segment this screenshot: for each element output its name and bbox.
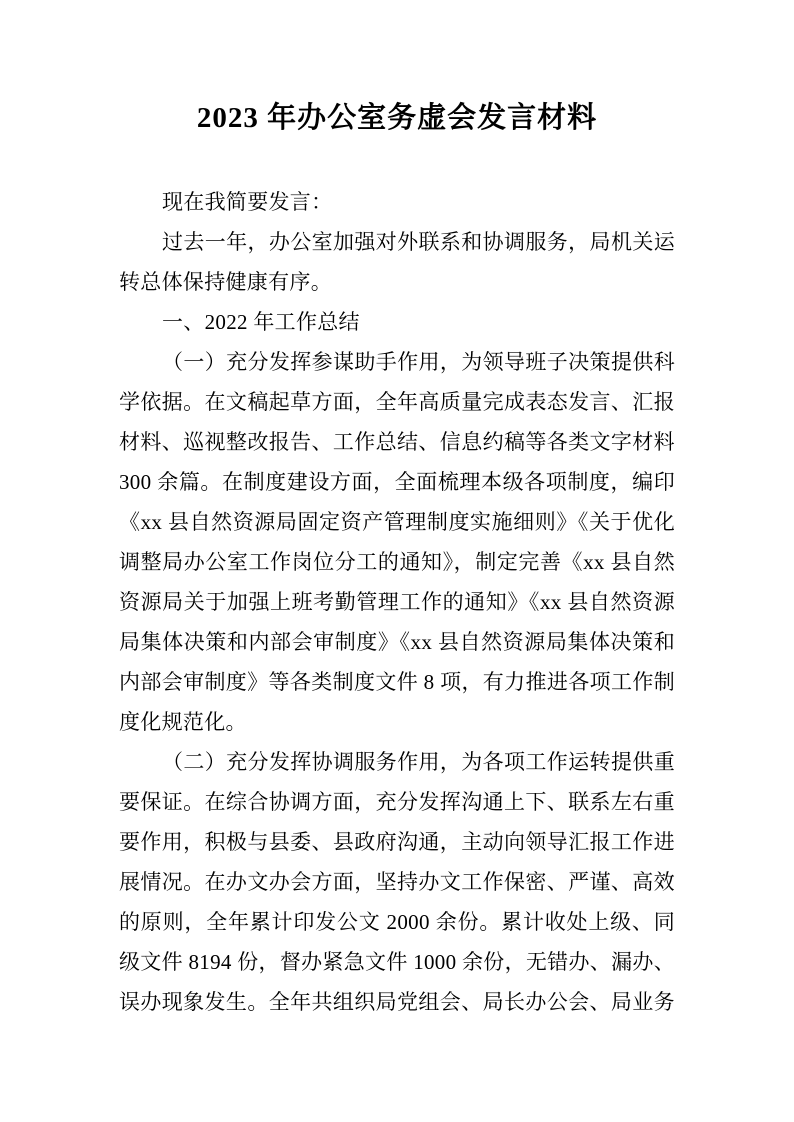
text-line: 内部会审制度》等各类制度文件 8 项，有力推进各项工作制 [119, 662, 675, 702]
document-content: 2023 年办公室务虚会发言材料 现在我简要发言：过去一年，办公室加强对外联系和… [119, 96, 675, 1022]
text-line: 学依据。在文稿起草方面，全年高质量完成表态发言、汇报 [119, 382, 675, 422]
text-line: 一、2022 年工作总结 [119, 302, 675, 342]
text-line: 《xx 县自然资源局固定资产管理制度实施细则》《关于优化 [119, 502, 675, 542]
text-line: 资源局关于加强上班考勤管理工作的通知》《xx 县自然资源 [119, 582, 675, 622]
document-body: 现在我简要发言：过去一年，办公室加强对外联系和协调服务，局机关运转总体保持健康有… [119, 182, 675, 1022]
text-line: 级文件 8194 份，督办紧急文件 1000 余份，无错办、漏办、 [119, 942, 675, 982]
text-line: 的原则，全年累计印发公文 2000 余份。累计收处上级、同 [119, 902, 675, 942]
text-line: 300 余篇。在制度建设方面，全面梳理本级各项制度，编印 [119, 462, 675, 502]
text-line: （一）充分发挥参谋助手作用，为领导班子决策提供科 [119, 342, 675, 382]
text-line: 材料、巡视整改报告、工作总结、信息约稿等各类文字材料 [119, 422, 675, 462]
text-line: 过去一年，办公室加强对外联系和协调服务，局机关运 [119, 222, 675, 262]
text-line: （二）充分发挥协调服务作用，为各项工作运转提供重 [119, 742, 675, 782]
text-line: 局集体决策和内部会审制度》《xx 县自然资源局集体决策和 [119, 622, 675, 662]
text-line: 转总体保持健康有序。 [119, 262, 675, 302]
text-line: 现在我简要发言： [119, 182, 675, 222]
text-line: 度化规范化。 [119, 702, 675, 742]
text-line: 误办现象发生。全年共组织局党组会、局长办公会、局业务 [119, 982, 675, 1022]
text-line: 展情况。在办文办会方面，坚持办文工作保密、严谨、高效 [119, 862, 675, 902]
document-title: 2023 年办公室务虚会发言材料 [119, 96, 675, 140]
text-line: 调整局办公室工作岗位分工的通知》，制定完善《xx 县自然 [119, 542, 675, 582]
document-page: 2023 年办公室务虚会发言材料 现在我简要发言：过去一年，办公室加强对外联系和… [0, 0, 794, 1122]
text-line: 要作用，积极与县委、县政府沟通，主动向领导汇报工作进 [119, 822, 675, 862]
text-line: 要保证。在综合协调方面，充分发挥沟通上下、联系左右重 [119, 782, 675, 822]
